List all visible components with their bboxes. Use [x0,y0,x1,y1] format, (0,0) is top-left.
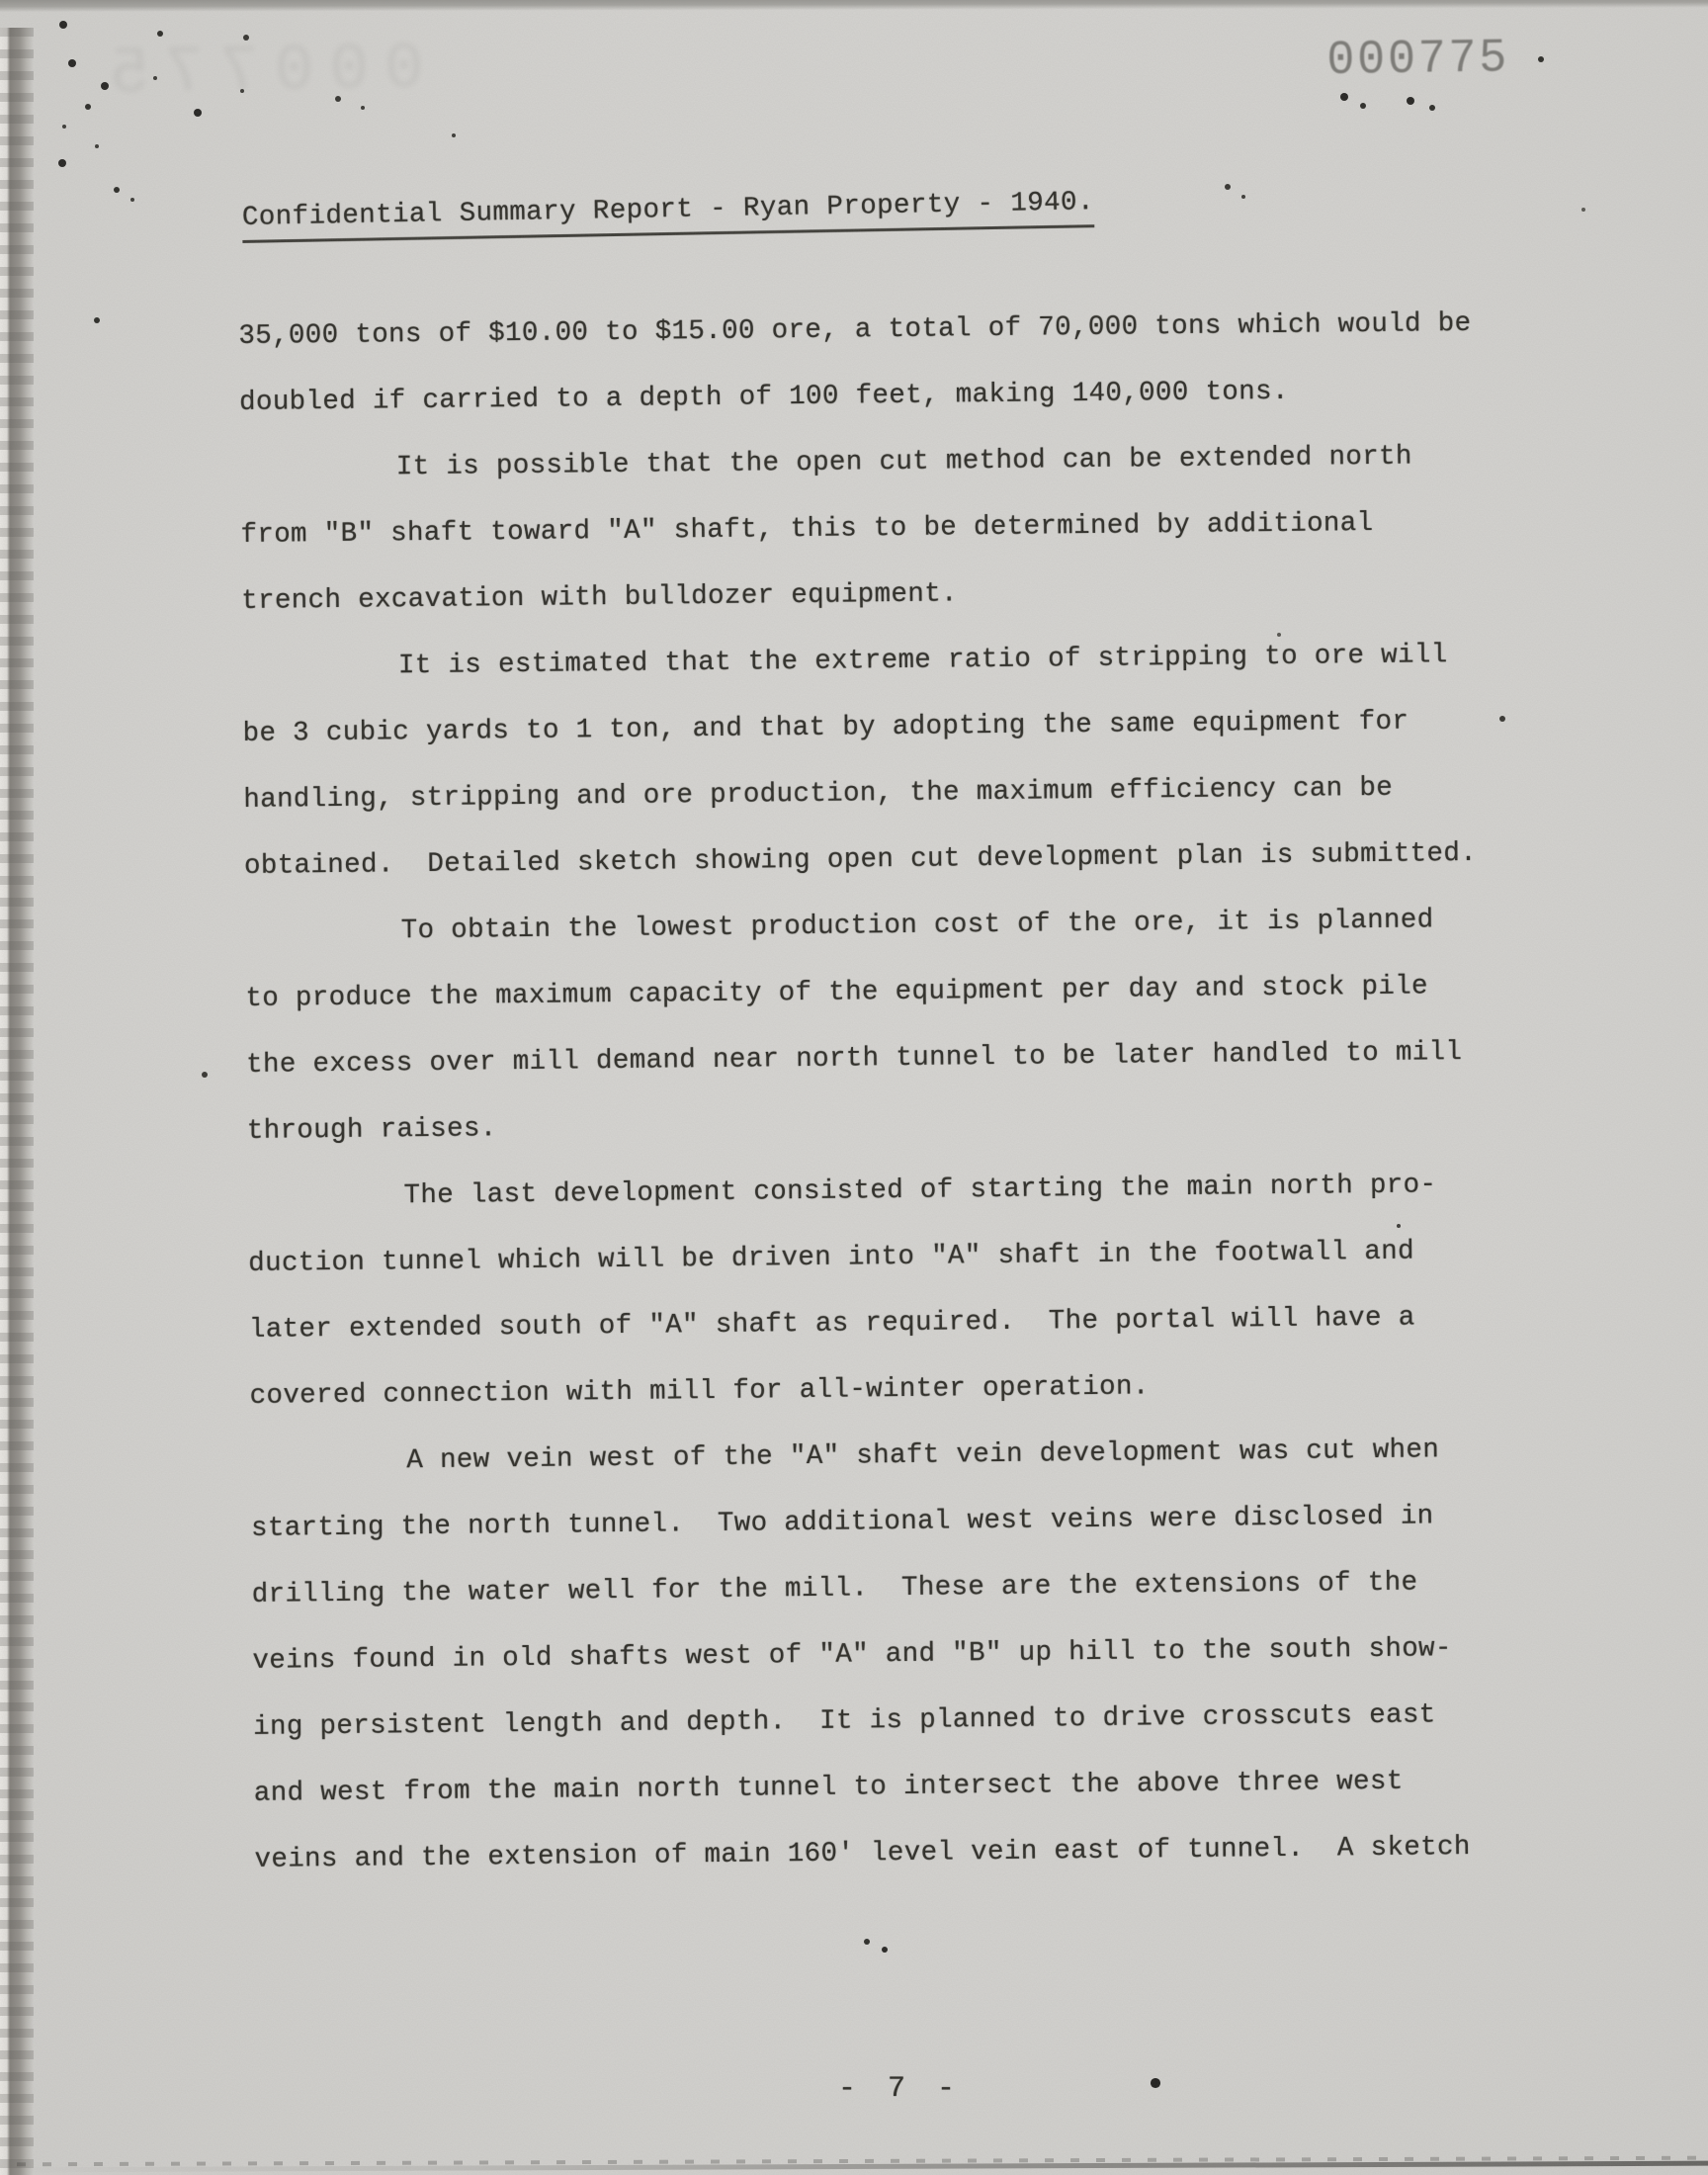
text-line: veins and the extension of main 160' lev… [254,1832,1488,1911]
page-number: - 7 - [838,2072,962,2106]
ghost-bleed-mark: 000775 [93,32,424,112]
document-body: Confidential Summary Report - Ryan Prope… [237,189,1522,243]
ink-specks [0,0,4,4]
scanned-document-page: 000775 000775 Confidential Summary Repor… [0,0,1708,2175]
scan-binding-edge [0,28,34,2175]
scan-top-edge [0,0,1708,12]
document-title: Confidential Summary Report - Ryan Prope… [242,187,1095,243]
stamp-number: 000775 [1326,31,1509,88]
paragraph-lines: 35,000 tons of $10.00 to $15.00 ore, a t… [238,308,1488,1911]
